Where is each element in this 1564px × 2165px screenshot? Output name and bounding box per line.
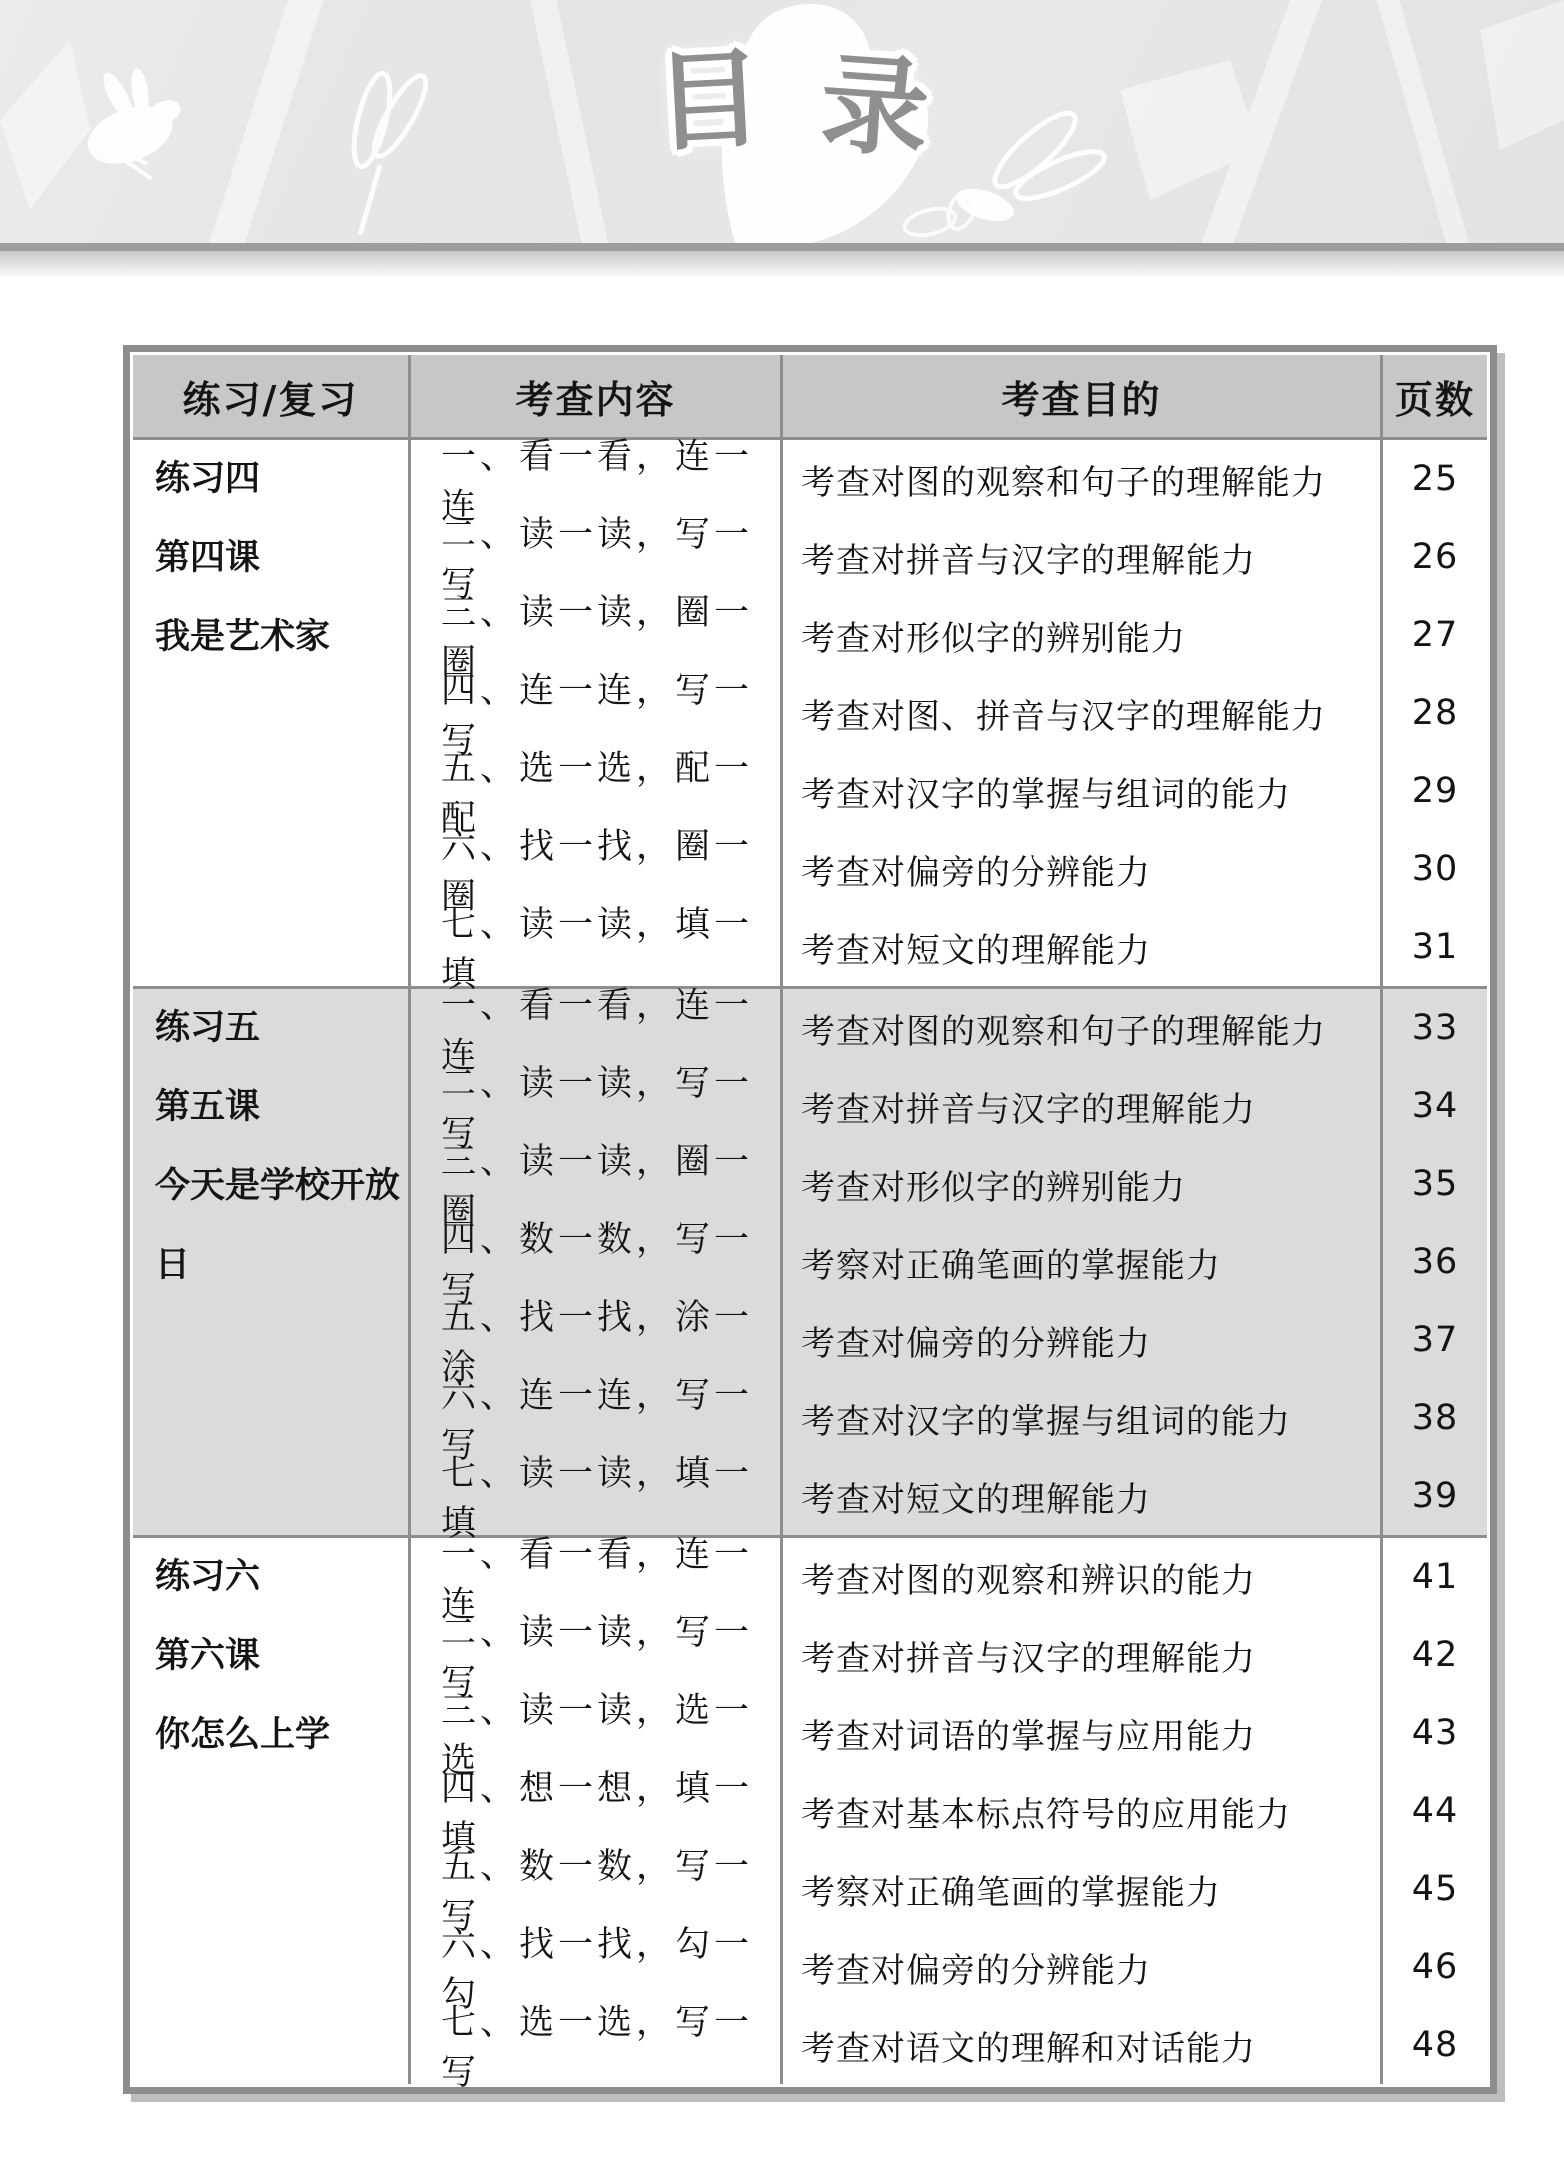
- toc-header-row: 练习/复习 考查内容 考查目的 页数: [133, 355, 1487, 440]
- page-number: 48: [1383, 2006, 1487, 2084]
- content-item-cell: 一、看一看，连一连二、读一读，写一写三、读一读，选一选四、想一想，填一填五、数一…: [411, 1538, 783, 2084]
- exercise-title-line: 练习四: [155, 440, 408, 519]
- toc-table: 练习/复习 考查内容 考查目的 页数 练习四第四课我是艺术家一、看一看，连一连二…: [123, 345, 1497, 2094]
- header-exercise: 练习/复习: [133, 355, 411, 437]
- purpose-item: 考查对短文的理解能力: [783, 1457, 1380, 1535]
- purpose-item: 考查对拼音与汉字的理解能力: [783, 1067, 1380, 1145]
- purpose-item: 考查对偏旁的分辨能力: [783, 1928, 1380, 2006]
- exercise-title-line: 练习五: [155, 989, 408, 1068]
- content-item: 七、读一读，填一填: [411, 908, 780, 986]
- toc-section: 练习四第四课我是艺术家一、看一看，连一连二、读一读，写一写三、读一读，圈一圈四、…: [133, 440, 1487, 989]
- page-number: 45: [1383, 1850, 1487, 1928]
- page-number-cell: 41424344454648: [1383, 1538, 1487, 2084]
- purpose-item: 考查对短文的理解能力: [783, 908, 1380, 986]
- purpose-item: 考查对形似字的辨别能力: [783, 1145, 1380, 1223]
- page-number: 41: [1383, 1538, 1487, 1616]
- purpose-item: 考查对图的观察和辨识的能力: [783, 1538, 1380, 1616]
- exercise-title-line: 练习六: [155, 1538, 408, 1617]
- content-item-cell: 一、看一看，连一连二、读一读，写一写三、读一读，圈一圈四、数一数，写一写五、找一…: [411, 989, 783, 1535]
- toc-section: 练习六第六课你怎么上学一、看一看，连一连二、读一读，写一写三、读一读，选一选四、…: [133, 1538, 1487, 2084]
- purpose-item: 考查对形似字的辨别能力: [783, 596, 1380, 674]
- purpose-item: 考察对正确笔画的掌握能力: [783, 1223, 1380, 1301]
- page-title-char-1: 目: [652, 45, 766, 159]
- toc-page: 目 录 练习/复习 考查内容 考查目的 页数 练习四第四课我是艺术家一、看一看，…: [0, 0, 1564, 2165]
- page-number: 44: [1383, 1772, 1487, 1850]
- page-number: 29: [1383, 752, 1487, 830]
- purpose-item: 考查对汉字的掌握与组词的能力: [783, 752, 1380, 830]
- purpose-item-cell: 考查对图的观察和辨识的能力考查对拼音与汉字的理解能力考查对词语的掌握与应用能力考…: [783, 1538, 1383, 2084]
- page-number: 43: [1383, 1694, 1487, 1772]
- content-item-cell: 一、看一看，连一连二、读一读，写一写三、读一读，圈一圈四、连一连，写一写五、选一…: [411, 440, 783, 986]
- purpose-item: 考查对偏旁的分辨能力: [783, 830, 1380, 908]
- page-number: 39: [1383, 1457, 1487, 1535]
- exercise-cell: 练习六第六课你怎么上学: [133, 1538, 411, 2084]
- content-item: 七、读一读，填一填: [411, 1457, 780, 1535]
- page-number: 34: [1383, 1067, 1487, 1145]
- purpose-item: 考查对图、拼音与汉字的理解能力: [783, 674, 1380, 752]
- page-number: 30: [1383, 830, 1487, 908]
- purpose-item-cell: 考查对图的观察和句子的理解能力考查对拼音与汉字的理解能力考查对形似字的辨别能力考…: [783, 440, 1383, 986]
- page-number: 37: [1383, 1301, 1487, 1379]
- exercise-title-line: 我是艺术家: [155, 598, 408, 677]
- exercise-title-line: 第六课: [155, 1617, 408, 1696]
- purpose-item: 考查对语文的理解和对话能力: [783, 2006, 1380, 2084]
- exercise-cell: 练习四第四课我是艺术家: [133, 440, 411, 986]
- banner: 目 录: [0, 0, 1564, 243]
- exercise-title-line: 第四课: [155, 519, 408, 598]
- page-number: 27: [1383, 596, 1487, 674]
- page-number: 35: [1383, 1145, 1487, 1223]
- page-number: 28: [1383, 674, 1487, 752]
- toc-section: 练习五第五课今天是学校开放日一、看一看，连一连二、读一读，写一写三、读一读，圈一…: [133, 989, 1487, 1538]
- toc-body: 练习四第四课我是艺术家一、看一看，连一连二、读一读，写一写三、读一读，圈一圈四、…: [133, 440, 1487, 2084]
- header-page: 页数: [1383, 355, 1487, 437]
- banner-divider-strip: [0, 243, 1564, 251]
- purpose-item: 考查对基本标点符号的应用能力: [783, 1772, 1380, 1850]
- exercise-title-line: 今天是学校开放日: [155, 1147, 408, 1305]
- purpose-item: 考查对偏旁的分辨能力: [783, 1301, 1380, 1379]
- page-number: 46: [1383, 1928, 1487, 2006]
- purpose-item: 考查对拼音与汉字的理解能力: [783, 518, 1380, 596]
- purpose-item: 考察对正确笔画的掌握能力: [783, 1850, 1380, 1928]
- exercise-title-line: 第五课: [155, 1068, 408, 1147]
- page-number-cell: 33343536373839: [1383, 989, 1487, 1535]
- purpose-item: 考查对图的观察和句子的理解能力: [783, 440, 1380, 518]
- exercise-title-line: 你怎么上学: [155, 1696, 408, 1775]
- page-number-cell: 25262728293031: [1383, 440, 1487, 986]
- purpose-item: 考查对拼音与汉字的理解能力: [783, 1616, 1380, 1694]
- banner-fade: [0, 251, 1564, 279]
- page-number: 26: [1383, 518, 1487, 596]
- page-number: 33: [1383, 989, 1487, 1067]
- page-number: 38: [1383, 1379, 1487, 1457]
- header-purpose: 考查目的: [783, 355, 1383, 437]
- purpose-item: 考查对图的观察和句子的理解能力: [783, 989, 1380, 1067]
- header-content: 考查内容: [411, 355, 783, 437]
- toc-table-inner: 练习/复习 考查内容 考查目的 页数 练习四第四课我是艺术家一、看一看，连一连二…: [130, 352, 1490, 2087]
- purpose-item: 考查对汉字的掌握与组词的能力: [783, 1379, 1380, 1457]
- exercise-cell: 练习五第五课今天是学校开放日: [133, 989, 411, 1535]
- page-title: 目 录: [655, 48, 929, 156]
- page-title-char-2: 录: [817, 50, 932, 165]
- purpose-item-cell: 考查对图的观察和句子的理解能力考查对拼音与汉字的理解能力考查对形似字的辨别能力考…: [783, 989, 1383, 1535]
- purpose-item: 考查对词语的掌握与应用能力: [783, 1694, 1380, 1772]
- page-number: 25: [1383, 440, 1487, 518]
- page-number: 42: [1383, 1616, 1487, 1694]
- content-item: 七、选一选，写一写: [411, 2006, 780, 2084]
- page-number: 36: [1383, 1223, 1487, 1301]
- page-number: 31: [1383, 908, 1487, 986]
